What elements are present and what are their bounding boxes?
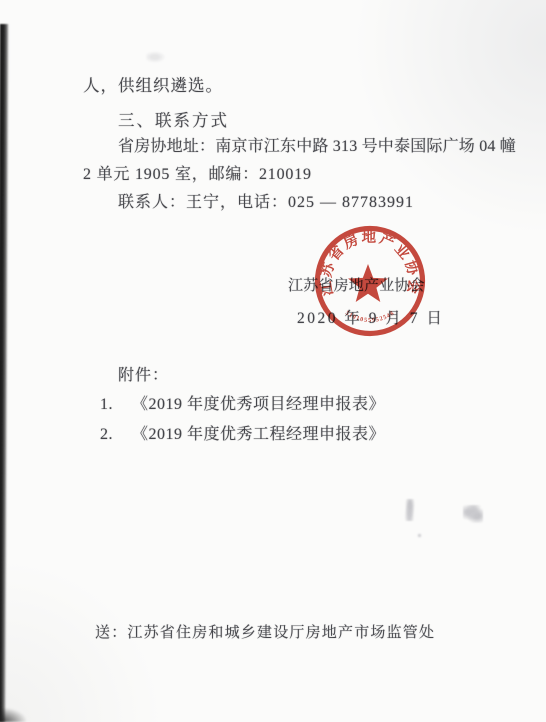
official-red-seal: 江苏省房地产业协会 5101055952548: [300, 211, 440, 351]
section-heading-contact: 三、联系方式: [118, 112, 229, 131]
attachment-item-1: 1.《2019 年度优秀项目经理申报表》: [100, 396, 385, 414]
attachments-label: 附件：: [118, 367, 169, 385]
seal-star-icon: [348, 264, 388, 302]
scanned-document-page: 人，供组织遴选。 三、联系方式 省房协地址：南京市江东中路 313 号中泰国际广…: [0, 0, 546, 722]
attachment-title: 《2019 年度优秀项目经理申报表》: [132, 396, 385, 413]
scan-smudge: [404, 499, 416, 521]
address-line-1: 省房协地址：南京市江东中路 313 号中泰国际广场 04 幢: [118, 138, 516, 156]
attachment-number: 1.: [100, 396, 132, 414]
scan-edge-artifact: [0, 24, 9, 722]
seal-code-digits: 5101055952548: [344, 309, 396, 324]
contact-person-line: 联系人：王宁，电话：025 — 87783991: [118, 194, 414, 212]
scan-smudge: [417, 533, 422, 538]
scan-smudge: [146, 50, 168, 64]
scan-edge-corner-artifact: [0, 708, 26, 722]
svg-text:5101055952548: 5101055952548: [344, 309, 396, 324]
cc-distribution-line: 送：江苏省住房和城乡建设厅房地产市场监管处: [95, 625, 435, 642]
attachment-number: 2.: [100, 426, 132, 444]
attachment-title: 《2019 年度优秀工程经理申报表》: [132, 426, 385, 443]
closing-line: 人，供组织遴选。: [83, 77, 223, 96]
attachment-item-2: 2.《2019 年度优秀工程经理申报表》: [100, 426, 385, 444]
address-line-2: 2 单元 1905 室，邮编：210019: [83, 166, 312, 184]
scan-smudge: [463, 505, 483, 523]
